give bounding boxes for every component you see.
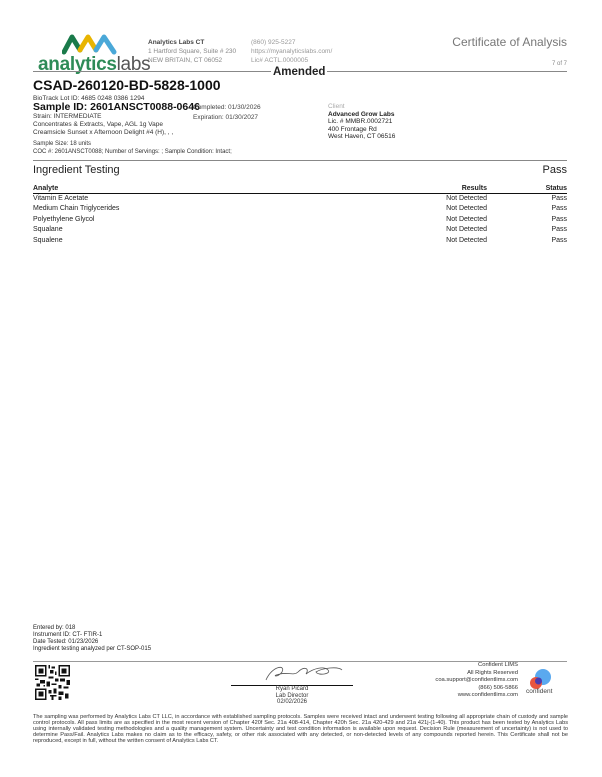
client-address-line1: 400 Frontage Rd — [328, 126, 395, 134]
lab-website-link[interactable]: https://myanalyticslabs.com/ — [251, 47, 332, 56]
analyte-status: Pass — [487, 204, 567, 214]
sample-details: Strain: INTERMEDIATE Concentrates & Extr… — [33, 113, 173, 137]
analyte-result: Not Detected — [377, 204, 487, 214]
lims-website-link[interactable]: www.confidentlims.com — [400, 692, 518, 700]
test-notes: Entered by: 018 Instrument ID: CT- FTIR-… — [33, 625, 151, 653]
company-logo-wordmark: analyticslabs — [38, 54, 150, 76]
section-divider — [33, 160, 567, 161]
report-id: CSAD-260120-BD-5828-1000 — [33, 77, 221, 93]
analyte-name: Medium Chain Triglycerides — [33, 204, 377, 214]
analyte-result: Not Detected — [377, 215, 487, 225]
confident-logo-icon — [526, 668, 556, 690]
column-analyte: Analyte — [33, 184, 377, 193]
analyte-result: Not Detected — [377, 225, 487, 235]
lab-address-line2: NEW BRITAIN, CT 06052 — [148, 56, 236, 65]
test-method: Ingredient testing analyzed per CT-SOP-0… — [33, 646, 151, 653]
table-row: Medium Chain Triglycerides Not Detected … — [33, 204, 567, 214]
signer-date: 02/02/2026 — [231, 699, 353, 706]
analyte-result: Not Detected — [377, 236, 487, 246]
section-status: Pass — [543, 164, 567, 176]
date-tested: Date Tested: 01/23/2026 — [33, 639, 151, 646]
client-info: Client Advanced Grow Labs Lic. # MMBR.00… — [328, 103, 395, 141]
instrument-id: Instrument ID: CT- FTIR-1 — [33, 632, 151, 639]
section-title: Ingredient Testing — [33, 164, 120, 176]
analyte-status: Pass — [487, 236, 567, 246]
sample-dates: Completed: 01/30/2026 Expiration: 01/30/… — [193, 103, 261, 123]
strain: Strain: INTERMEDIATE — [33, 113, 173, 121]
entered-by: Entered by: 018 — [33, 625, 151, 632]
disclaimer-text: The sampling was performed by Analytics … — [33, 714, 568, 744]
lims-rights: All Rights Reserved — [400, 670, 518, 678]
lab-address: Analytics Labs CT 1 Hartford Square, Sui… — [148, 38, 236, 65]
lims-name: Confident LIMS — [400, 662, 518, 670]
lims-phone: (866) 506-5866 — [400, 685, 518, 693]
signature-image — [258, 662, 348, 684]
lims-info: Confident LIMS All Rights Reserved coa.s… — [400, 662, 518, 700]
page-number: 7 of 7 — [552, 61, 567, 67]
sample-size: Sample Size: 18 units — [33, 141, 232, 149]
results-table: Analyte Results Status Vitamin E Acetate… — [33, 184, 567, 246]
sample-id: Sample ID: 2601ANSCT0088-0646 — [33, 101, 200, 113]
confident-logo-wordmark: confident — [526, 688, 552, 695]
table-row: Vitamin E Acetate Not Detected Pass — [33, 194, 567, 204]
lab-name: Analytics Labs CT — [148, 38, 236, 47]
table-row: Squalene Not Detected Pass — [33, 236, 567, 246]
table-row: Squalane Not Detected Pass — [33, 225, 567, 235]
document-title: Certificate of Analysis — [452, 35, 567, 49]
lims-email-link[interactable]: coa.support@confidentlims.com — [400, 677, 518, 685]
client-label: Client — [328, 103, 395, 111]
expiration-date: Expiration: 01/30/2027 — [193, 113, 261, 123]
analyte-status: Pass — [487, 215, 567, 225]
sample-size-block: Sample Size: 18 units COC #: 2601ANSCT00… — [33, 141, 232, 156]
coc-line: COC #: 2601ANSCT0088; Number of Servings… — [33, 149, 232, 157]
table-header: Analyte Results Status — [33, 184, 567, 194]
client-name: Advanced Grow Labs — [328, 111, 395, 119]
product-name: Creamsicle Sunset x Afternoon Delight #4… — [33, 129, 173, 137]
amended-banner: Amended — [271, 66, 327, 78]
lab-license: Lic# ACTL.0000005 — [251, 56, 332, 65]
client-license: Lic. # MMBR.0002721 — [328, 118, 395, 126]
qr-code-icon[interactable] — [35, 665, 70, 700]
analyte-status: Pass — [487, 194, 567, 204]
analyte-name: Squalene — [33, 236, 377, 246]
table-row: Polyethylene Glycol Not Detected Pass — [33, 215, 567, 225]
signer-block: Ryan Picard Lab Director 02/02/2026 — [231, 686, 353, 706]
column-results: Results — [377, 184, 487, 193]
product-category: Concentrates & Extracts, Vape, AGL 1g Va… — [33, 121, 173, 129]
analyte-name: Polyethylene Glycol — [33, 215, 377, 225]
analyte-result: Not Detected — [377, 194, 487, 204]
completed-date: Completed: 01/30/2026 — [193, 103, 261, 113]
lab-contact: (860) 925-5227 https://myanalyticslabs.c… — [251, 38, 332, 65]
analyte-status: Pass — [487, 225, 567, 235]
analyte-name: Squalane — [33, 225, 377, 235]
lab-phone: (860) 925-5227 — [251, 38, 332, 47]
analytics-labs-wave-icon — [62, 32, 118, 56]
lab-address-line1: 1 Hartford Square, Suite # 230 — [148, 47, 236, 56]
analyte-name: Vitamin E Acetate — [33, 194, 377, 204]
column-status: Status — [487, 184, 567, 193]
client-address-line2: West Haven, CT 06516 — [328, 133, 395, 141]
